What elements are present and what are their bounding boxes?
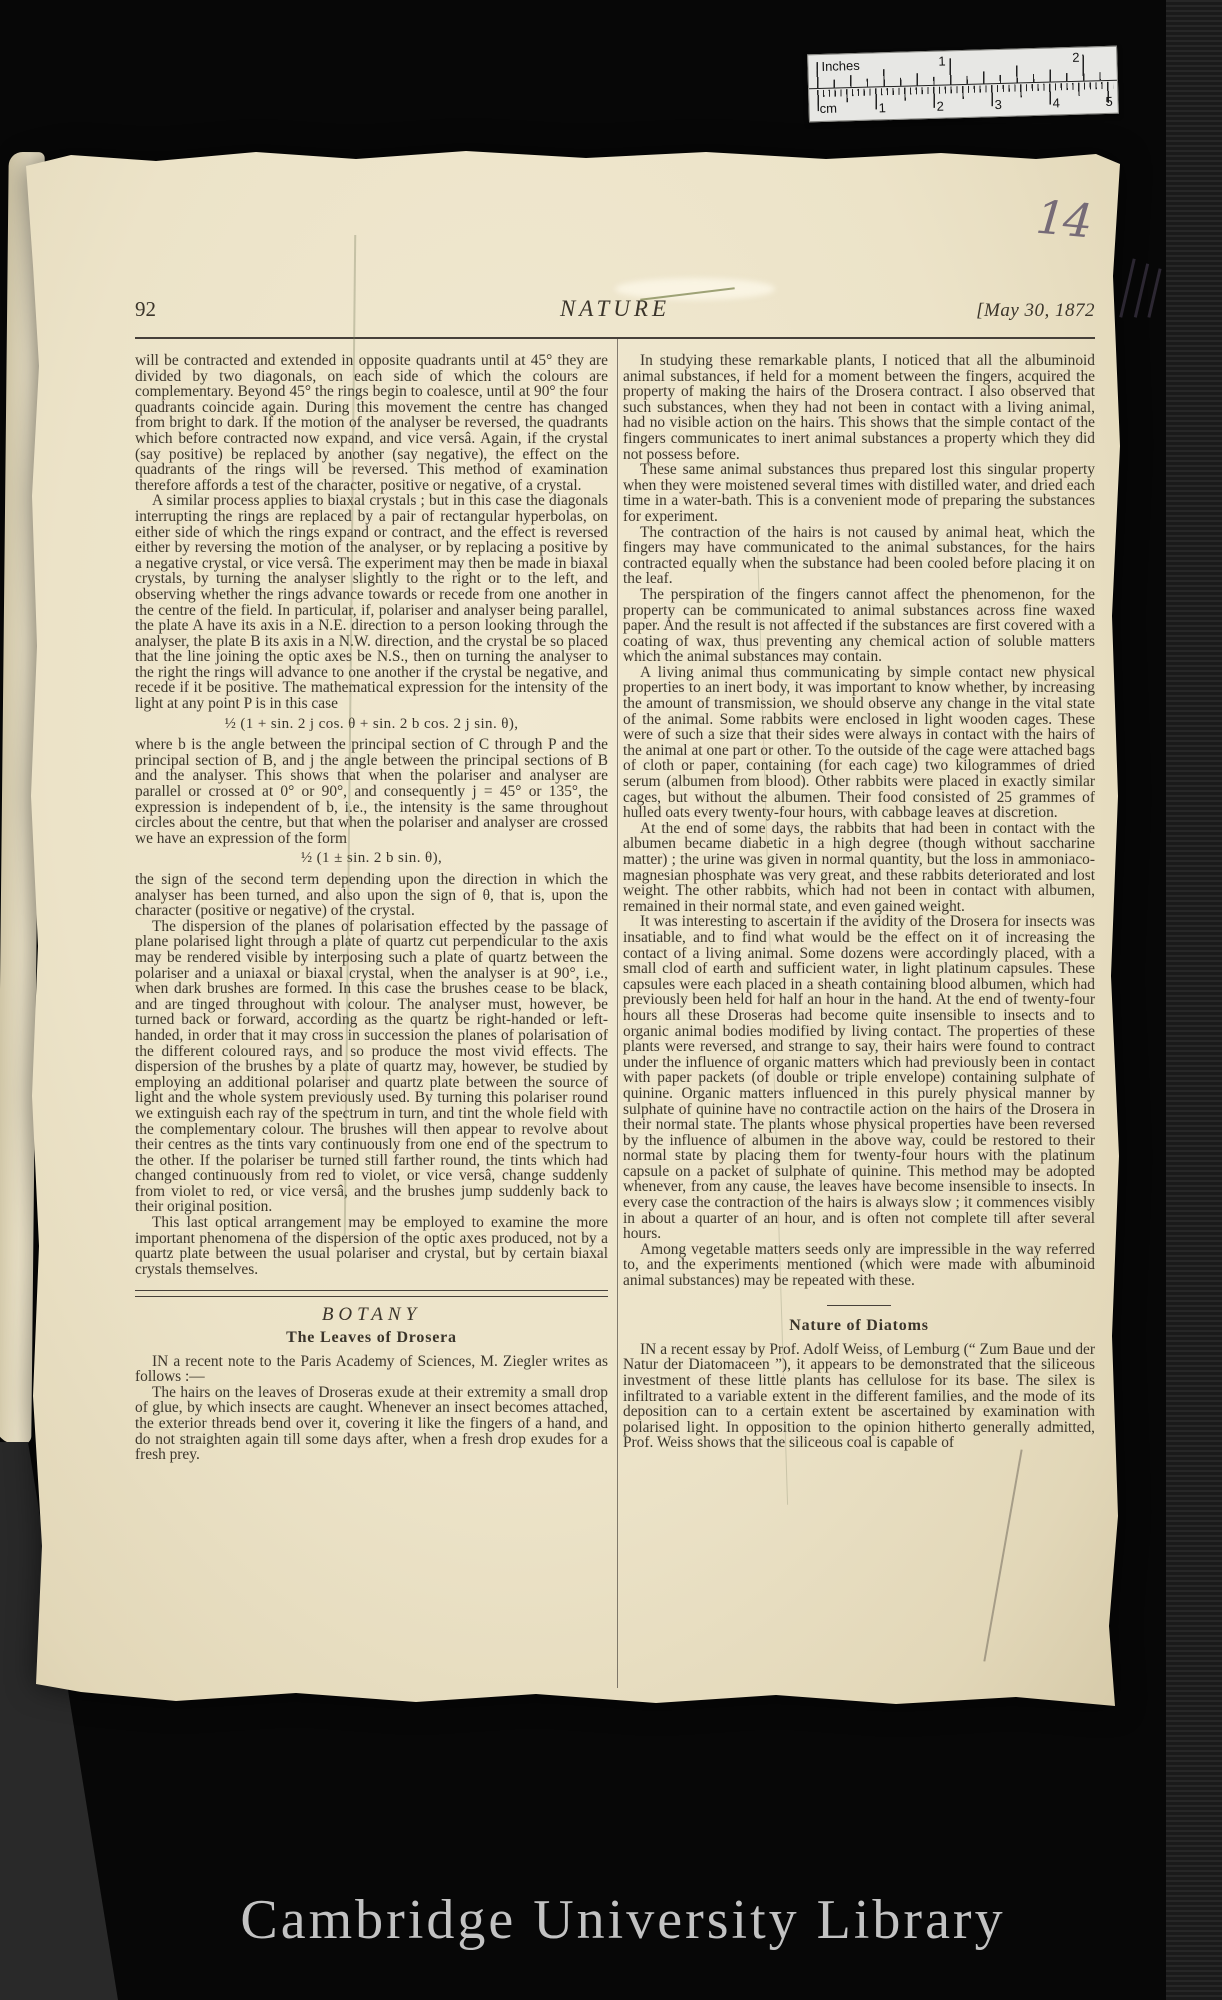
handwritten-folio-number: 14 [1034,190,1093,249]
paragraph: the sign of the second term depending up… [135,872,608,919]
ruler-cm-number: 4 [1052,95,1060,110]
header-rule [135,337,1095,339]
journal-page-wrap: 92 NATURE [May 30, 1872 will be contract… [26,146,1120,1706]
paragraph: It was interesting to ascertain if the a… [623,914,1095,1241]
botany-section-heading: BOTANY [135,1307,608,1323]
paragraph: The contraction of the hairs is not caus… [623,525,1095,587]
right-column: In studying these remarkable plants, I n… [623,353,1095,1463]
paragraph: A living animal thus communicating by si… [623,665,1095,821]
paragraph: IN a recent note to the Paris Academy of… [135,1354,608,1385]
ruler-inch-number: 2 [1072,50,1080,65]
library-watermark: Cambridge University Library [12,1888,1222,1952]
scan-stage: Inches 1 2 cm 1 2 3 4 5 92 NATURE [May 3… [0,0,1222,2000]
pencil-tally-marks [1126,258,1167,323]
article-separator-dash [827,1305,891,1307]
drosera-article-title: The Leaves of Drosera [135,1330,608,1346]
section-divider-rule [135,1290,608,1297]
paragraph: The dispersion of the planes of polarisa… [135,919,608,1215]
ruler-cm-number: 1 [878,100,886,115]
ruler-inch-number: 1 [938,53,946,68]
ruler-cm-number: 3 [994,97,1002,112]
diatoms-article-title: Nature of Diatoms [623,1318,1095,1334]
journal-title: NATURE [315,296,915,322]
left-column: will be contracted and extended in oppos… [135,353,608,1463]
paragraph: In studying these remarkable plants, I n… [623,353,1095,462]
paragraph: where b is the angle between the princip… [135,737,608,846]
paragraph: These same animal substances thus prepar… [623,462,1095,524]
paragraph: Among vegetable matters seeds only are i… [623,1242,1095,1289]
paragraph: This last optical arrangement may be emp… [135,1215,608,1277]
page-header: 92 NATURE [May 30, 1872 [135,296,1095,322]
ruler-cm-number: 5 [1105,94,1113,109]
backing-fabric [1166,0,1222,2000]
page-number: 92 [135,297,315,322]
paragraph: At the end of some days, the rabbits tha… [623,821,1095,915]
paragraph: will be contracted and extended in oppos… [135,353,608,493]
paragraph: The hairs on the leaves of Droseras exud… [135,1385,608,1463]
measurement-ruler: Inches 1 2 cm 1 2 3 4 5 [807,46,1119,123]
paragraph: IN a recent essay by Prof. Adolf Weiss, … [623,1342,1095,1451]
paragraph: A similar process applies to biaxal crys… [135,493,608,711]
equation: ½ (1 ± sin. 2 b sin. θ), [135,851,608,867]
paragraph: The perspiration of the fingers cannot a… [623,587,1095,665]
journal-page: 92 NATURE [May 30, 1872 will be contract… [26,146,1120,1706]
ruler-cm-number: 2 [936,99,944,114]
equation: ½ (1 + sin. 2 j cos. θ + sin. 2 b cos. 2… [135,717,608,733]
ruler-cm-label: cm [819,101,837,116]
text-columns: will be contracted and extended in oppos… [135,353,1095,1463]
issue-date: [May 30, 1872 [915,300,1095,322]
ruler-inches-label: Inches [821,58,860,74]
